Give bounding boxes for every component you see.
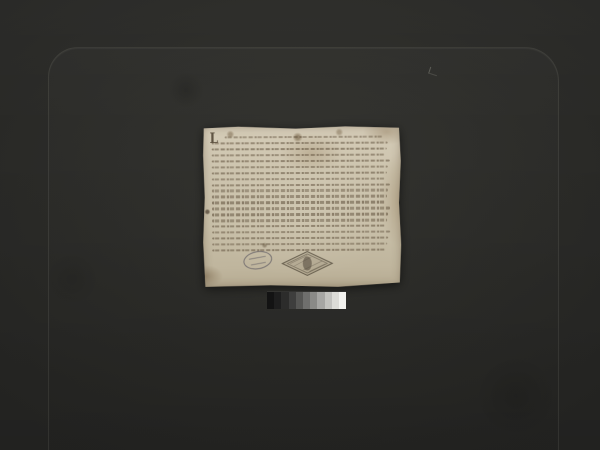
manuscript-text-line bbox=[212, 165, 388, 168]
grayscale-step bbox=[289, 292, 296, 309]
manuscript-text-line bbox=[212, 219, 387, 222]
manuscript-text-line bbox=[212, 189, 388, 192]
manuscript-text-line bbox=[212, 231, 390, 234]
diamond-stamp bbox=[281, 250, 333, 277]
manuscript-text-line bbox=[212, 147, 387, 150]
manuscript-text-line bbox=[225, 136, 383, 139]
grayscale-step bbox=[332, 292, 339, 309]
grayscale-step bbox=[267, 292, 274, 309]
manuscript-text-line bbox=[212, 177, 385, 180]
parchment-sheet: L bbox=[203, 125, 402, 287]
manuscript-text-line bbox=[212, 141, 388, 144]
manuscript-document: L bbox=[203, 125, 402, 287]
manuscript-text-line bbox=[212, 225, 385, 228]
manuscript-text-line bbox=[212, 213, 388, 216]
manuscript-text-line bbox=[212, 171, 387, 174]
manuscript-text-lines bbox=[212, 136, 393, 256]
grayscale-step bbox=[339, 292, 346, 309]
grayscale-step bbox=[281, 292, 288, 309]
photo-frame: L bbox=[0, 0, 600, 450]
manuscript-text-line bbox=[212, 159, 390, 162]
grayscale-step bbox=[274, 292, 281, 309]
manuscript-text-line bbox=[212, 207, 390, 210]
grayscale-step bbox=[317, 292, 324, 309]
grayscale-strip bbox=[267, 292, 346, 309]
manuscript-text-line bbox=[212, 153, 385, 156]
manuscript-text-line bbox=[212, 236, 388, 239]
manuscript-text-line bbox=[212, 201, 385, 204]
manuscript-text-line bbox=[212, 183, 390, 186]
grayscale-step bbox=[310, 292, 317, 309]
manuscript-text-line bbox=[212, 195, 387, 198]
manuscript-text-line bbox=[212, 242, 387, 245]
grayscale-step bbox=[303, 292, 310, 309]
grayscale-step bbox=[296, 292, 303, 309]
grayscale-step bbox=[325, 292, 332, 309]
